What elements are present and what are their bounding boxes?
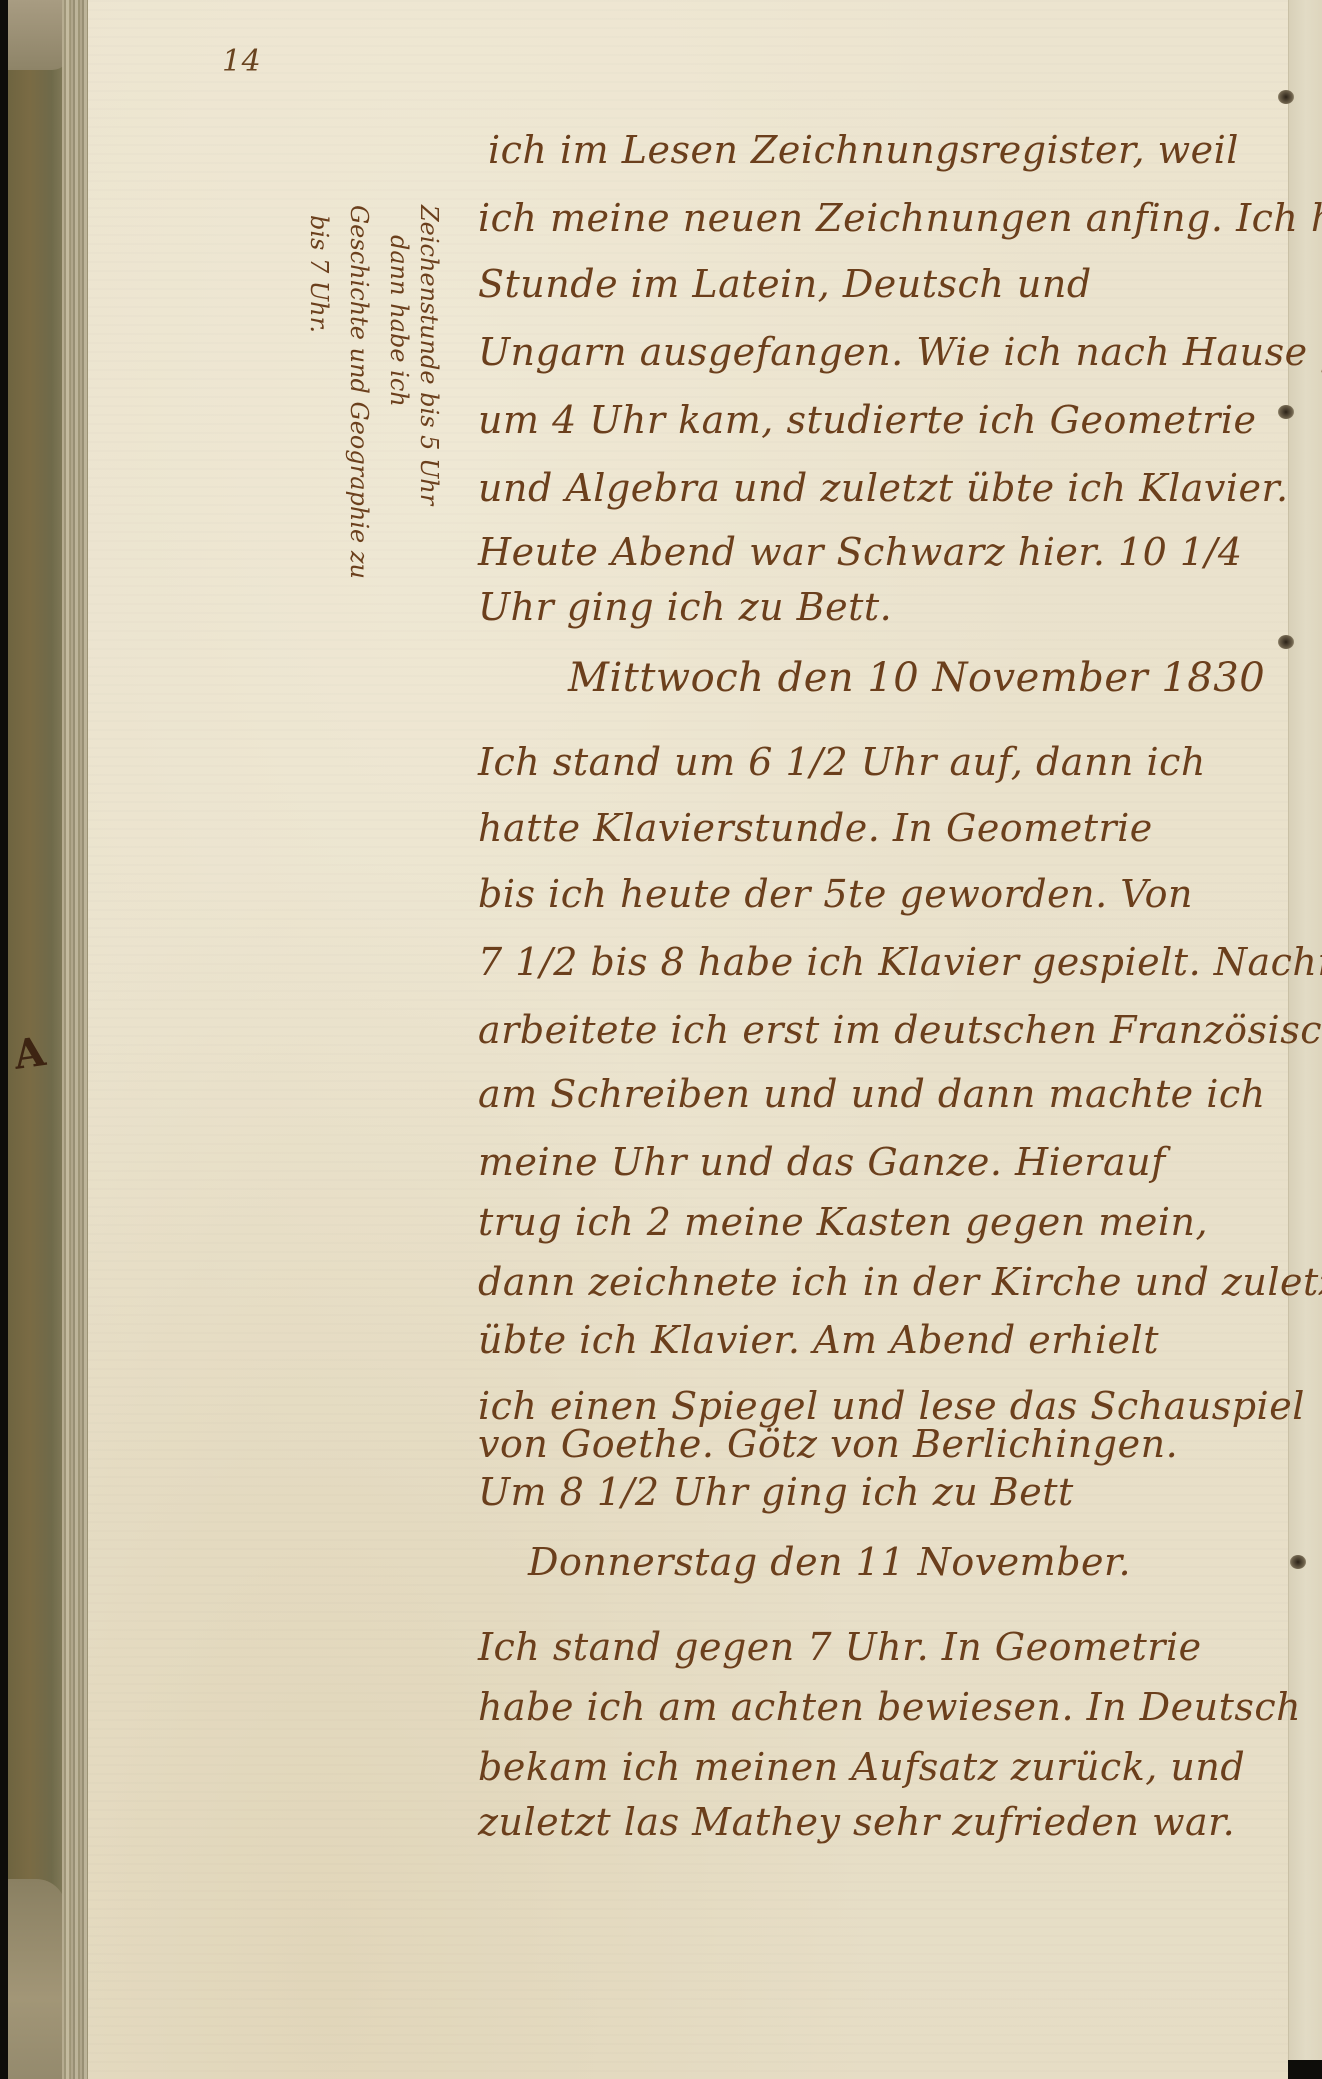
binding-hole [1278,635,1294,649]
entry-heading: Donnerstag den 11 November. [528,1540,1131,1584]
text-line: hatte Klavierstunde. In Geometrie [478,806,1153,850]
text-line: Heute Abend war Schwarz hier. 10 1/4 [478,530,1243,574]
text-line: von Goethe. Götz von Berlichingen. [478,1422,1178,1466]
margin-note-line: dann habe ich [385,235,413,407]
text-line: und Algebra und zuletzt übte ich Klavier… [478,466,1289,510]
binding-hole [1278,90,1294,104]
margin-note-line: Zeichenstunde bis 5 Uhr [415,205,443,505]
text-line: Ich stand um 6 1/2 Uhr auf, dann ich [478,740,1206,784]
binding-hole [1278,405,1294,419]
text-line: Ich stand gegen 7 Uhr. In Geometrie [478,1625,1202,1669]
text-line: Um 8 1/2 Uhr ging ich zu Bett [478,1470,1074,1514]
binding-mark: A [11,1028,48,1079]
text-line: habe ich am achten bewiesen. In Deutsch [478,1685,1301,1729]
text-line: Uhr ging ich zu Bett. [478,585,892,629]
binding-hole [1290,1555,1306,1569]
entry-heading: Mittwoch den 10 November 1830 [568,655,1265,701]
text-line: arbeitete ich erst im deutschen Französi… [478,1008,1322,1052]
text-line: bekam ich meinen Aufsatz zurück, und [478,1745,1245,1789]
text-line: zuletzt las Mathey sehr zufrieden war. [478,1800,1235,1844]
text-line: 7 1/2 bis 8 habe ich Klavier gespielt. N… [478,940,1322,984]
text-line: um 4 Uhr kam, studierte ich Geometrie [478,398,1256,442]
text-line: Ungarn ausgefangen. Wie ich nach Hause g… [478,330,1322,374]
margin-note-line: bis 7 Uhr. [305,215,333,333]
manuscript-scan: A 14 Zeichenstunde bis 5 Uhr dann habe i… [0,0,1322,2079]
text-line: Stunde im Latein, Deutsch und [478,262,1092,306]
text-line: meine Uhr und das Ganze. Hierauf [478,1140,1166,1184]
text-line: bis ich heute der 5te geworden. Von [478,872,1193,916]
text-line: übte ich Klavier. Am Abend erhielt [478,1318,1159,1362]
text-line: am Schreiben und und dann machte ich [478,1072,1266,1116]
page-edges [62,0,90,2079]
margin-note: Zeichenstunde bis 5 Uhr dann habe ich Ge… [290,205,480,565]
text-line: dann zeichnete ich in der Kirche und zul… [478,1260,1322,1304]
text-line: ich meine neuen Zeichnungen anfing. Ich … [478,196,1322,240]
margin-note-line: Geschichte und Geographie zu [345,205,373,579]
text-line: trug ich 2 meine Kasten gegen mein, [478,1200,1208,1244]
page-number: 14 [222,44,261,79]
text-line: ich im Lesen Zeichnungsregister, weil [488,128,1239,172]
scan-background [1288,2060,1322,2079]
